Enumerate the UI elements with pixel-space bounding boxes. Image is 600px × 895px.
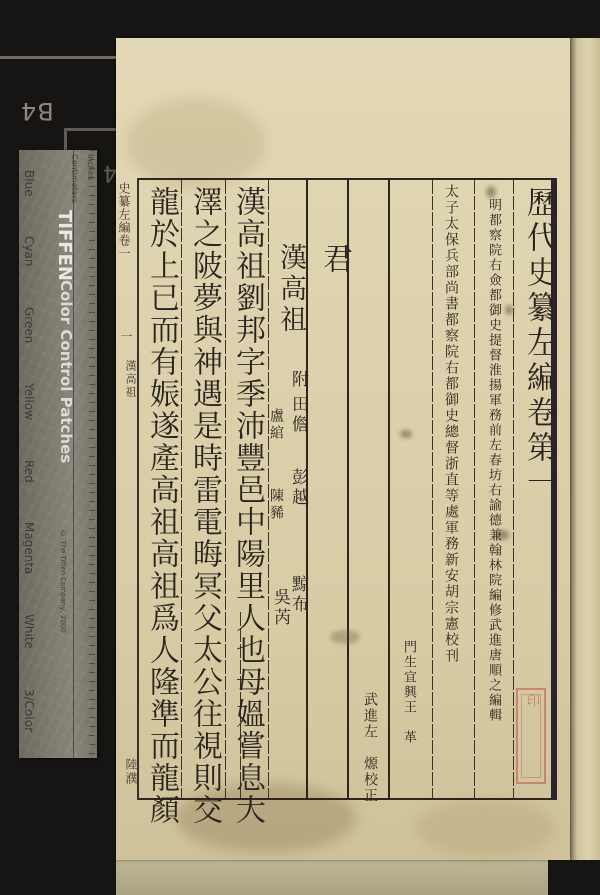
ink-blot (495, 530, 509, 540)
color-patch-labels: Blue Cyan Green Yellow Red Magenta White… (22, 170, 36, 758)
margin-title: 史纂左編卷一 (116, 182, 133, 260)
body-text-column: 龍於上已而有娠遂產高祖高祖爲人隆準而龍顏 (143, 186, 179, 826)
margin-heading: 漢高祖 (122, 360, 138, 399)
color-label: Green (22, 307, 36, 343)
appendix-label: 附 (286, 370, 311, 390)
color-label: White (22, 614, 36, 649)
column-rule (432, 180, 433, 798)
appendix-name: 田儋 (286, 395, 311, 435)
color-label: Blue (22, 170, 36, 197)
margin-volume: 一 (118, 330, 135, 344)
section-heading: 君 (312, 243, 356, 277)
scan-bed-guide-line (0, 56, 118, 59)
subject-heading: 漢高祖 (271, 243, 310, 336)
scan-bed-label: B4 (20, 97, 54, 125)
appendix-name: 吳芮 (268, 588, 293, 628)
library-seal: 印 (516, 688, 546, 784)
paper-stain (126, 98, 266, 188)
editor-credit-a: 門生宜興王 革 (399, 640, 418, 745)
brand-logo: TIFFEN (54, 210, 75, 281)
appendix-name: 盧綰 (266, 408, 286, 442)
copyright-text: © The Tiffen Company, 2000 (59, 530, 67, 633)
column-rule (181, 180, 182, 798)
scan-bed-label-small: 4 (103, 160, 117, 185)
color-label: Yellow (22, 383, 36, 420)
ink-blot (505, 305, 513, 315)
body-text-column: 澤之陂夢與神遇是時雷電晦冥父太公往視則交 (186, 186, 222, 826)
ink-blot (330, 630, 360, 644)
margin-carver-name: 陸濮 (123, 758, 140, 786)
color-label: 3/Color (22, 689, 36, 732)
next-page-edge (570, 38, 600, 860)
strip-title: Color Control Patches (57, 280, 75, 463)
body-text-column: 漢高祖劉邦字季沛豐邑中陽里人也母媼嘗息大 (229, 186, 265, 826)
appendix-name: 陳豨 (266, 488, 286, 522)
compiler-credit: 明都察院右僉都御史提督淮揚軍務前左春坊右諭德兼翰林院編修武進唐順之編輯 (484, 198, 503, 723)
ink-blot (400, 430, 412, 438)
column-rule (513, 180, 514, 798)
appendix-name: 彭越 (286, 468, 311, 508)
frame-left-border (137, 178, 139, 800)
ruler-scale (73, 150, 95, 758)
column-rule (388, 180, 390, 798)
ink-blot (486, 186, 496, 198)
column-rule (225, 180, 226, 798)
editor-credit-b: 武進左 㷧校正 (360, 692, 380, 804)
color-label: Cyan (22, 236, 36, 266)
column-rule (474, 180, 475, 798)
inches-label: Inches (86, 154, 95, 180)
color-label: Magenta (22, 522, 36, 574)
centimeters-label: Centimeters (70, 154, 79, 203)
publisher-credit: 太子太保兵部尚書都察院右都御史總督浙直等處軍務新安胡宗憲校刊 (441, 184, 461, 664)
seal-text: 印 (522, 694, 541, 707)
paper-stain (416, 798, 556, 858)
underlying-sheet (116, 860, 548, 895)
volume-title: 歷代史纂左編卷第一 (517, 186, 562, 501)
color-control-strip: Blue Cyan Green Yellow Red Magenta White… (19, 150, 97, 758)
color-label: Red (22, 460, 36, 483)
